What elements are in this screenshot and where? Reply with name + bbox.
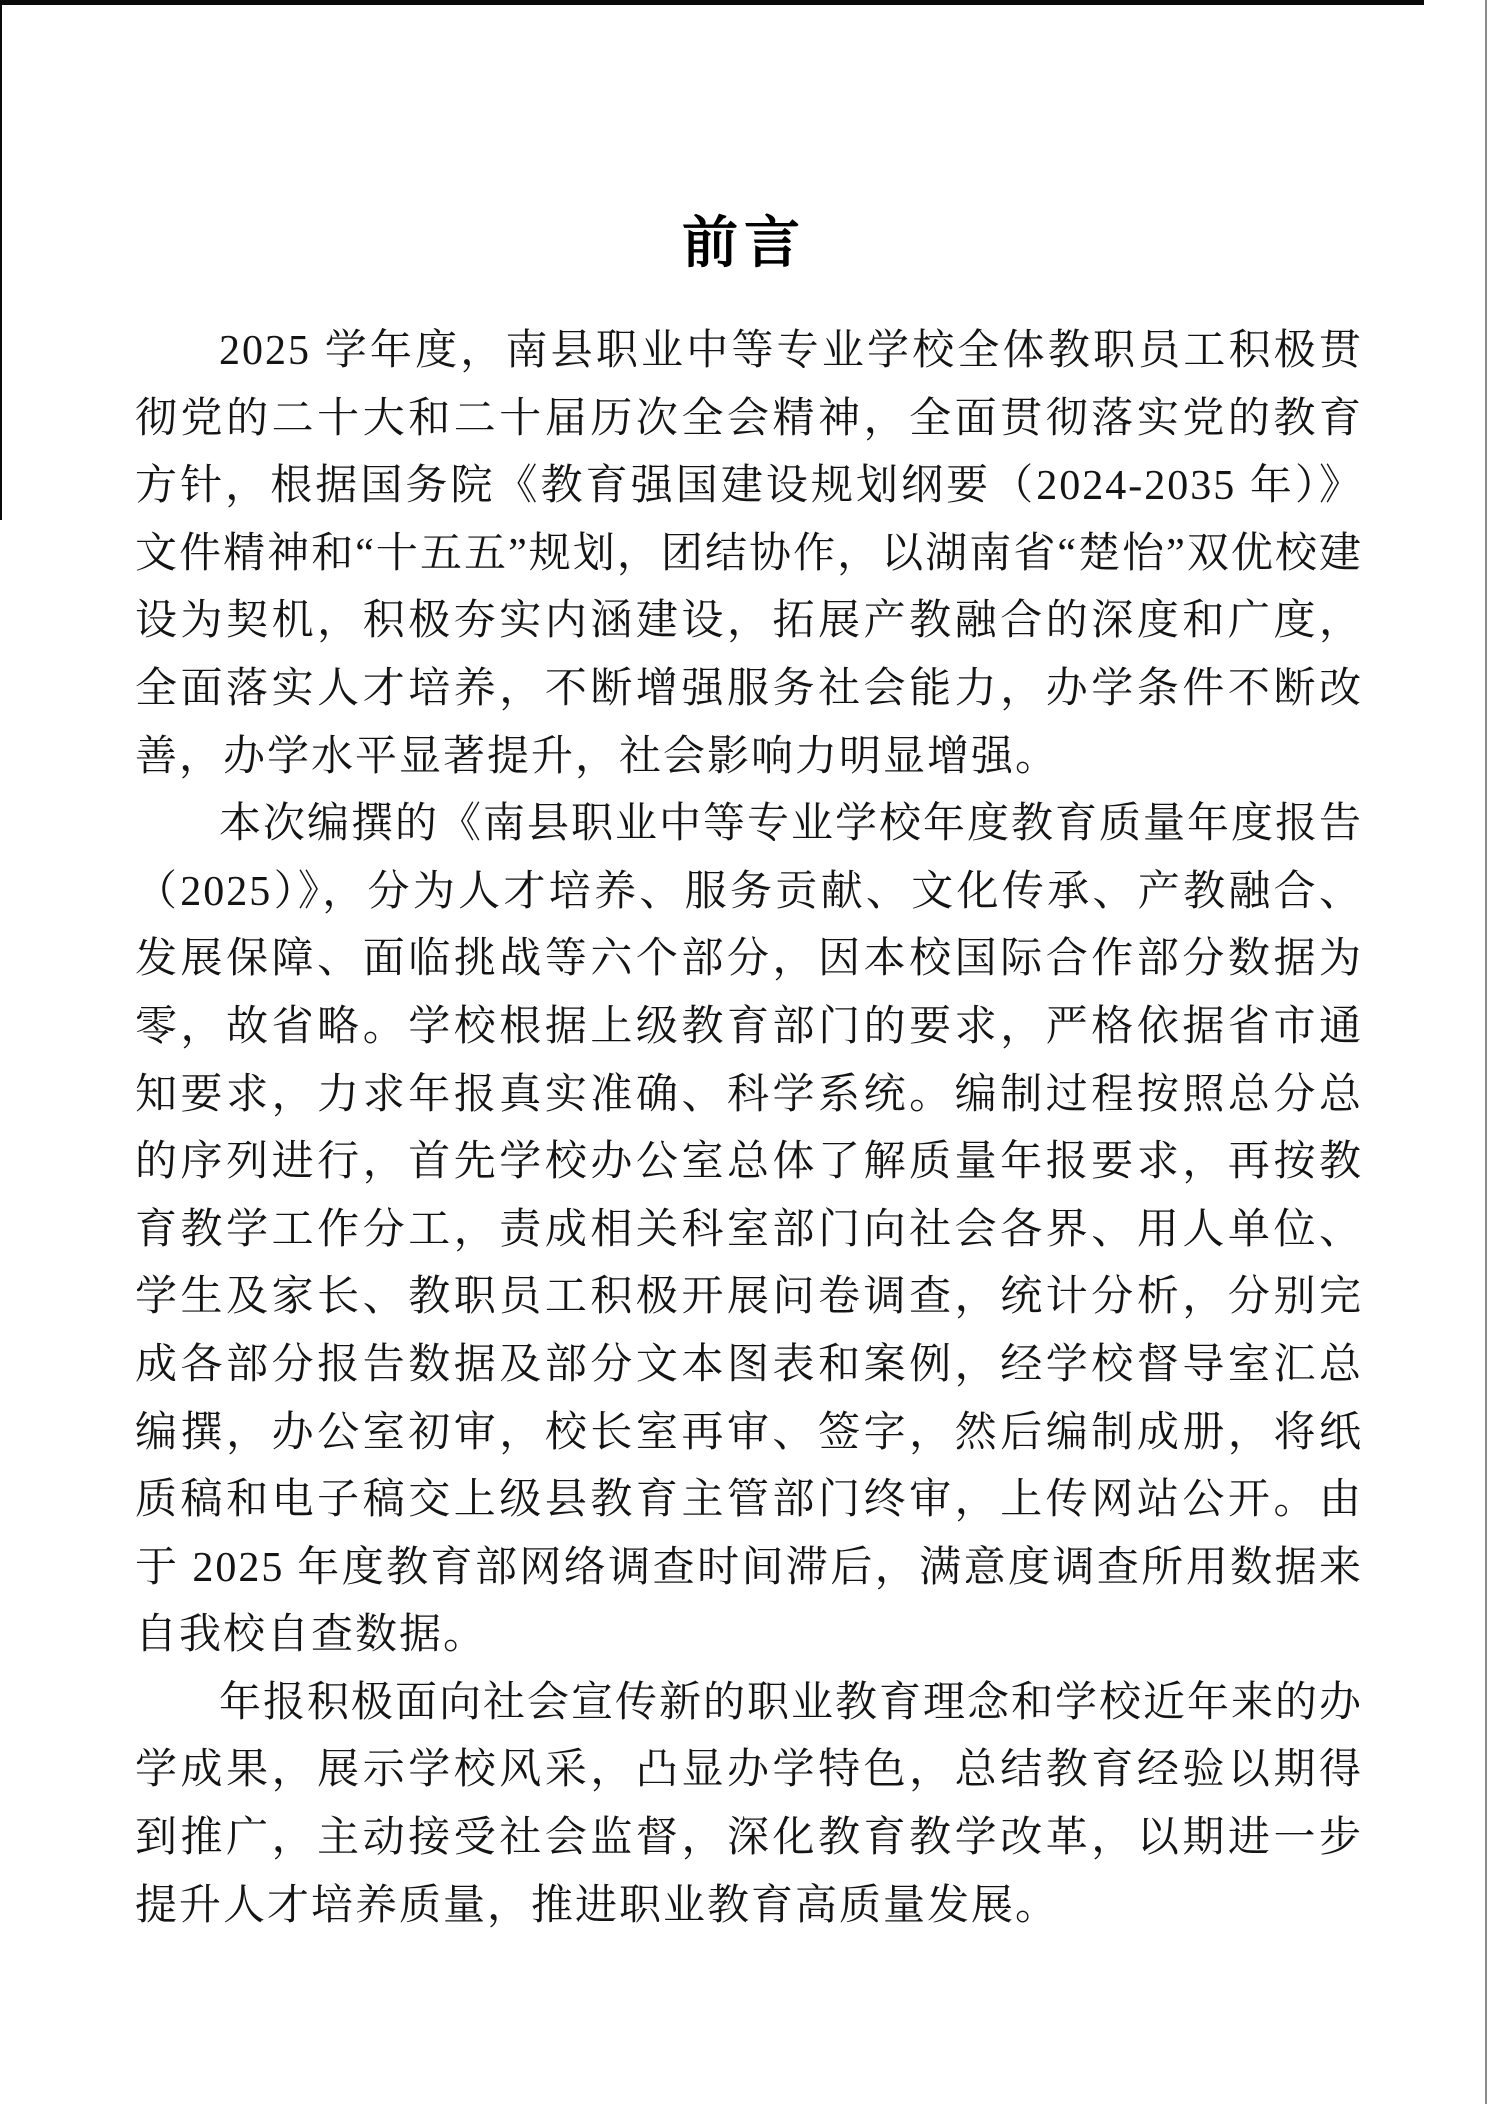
paragraph-3: 年报积极面向社会宣传新的职业教育理念和学校近年来的办学成果，展示学校风采，凸显办… <box>135 1670 1363 1940</box>
document-body: 2025 学年度，南县职业中等专业学校全体教职员工积极贯彻党的二十大和二十届历次… <box>135 318 1363 1940</box>
paragraph-2: 本次编撰的《南县职业中等专业学校年度教育质量年度报告（2025）》，分为人才培养… <box>135 791 1363 1670</box>
page-title: 前言 <box>0 214 1488 276</box>
scan-edge-right-artifact <box>1485 0 1487 2104</box>
scan-edge-top-artifact <box>0 0 1424 5</box>
paragraph-1: 2025 学年度，南县职业中等专业学校全体教职员工积极贯彻党的二十大和二十届历次… <box>135 318 1363 791</box>
document-page: 前言 2025 学年度，南县职业中等专业学校全体教职员工积极贯彻党的二十大和二十… <box>0 0 1488 2104</box>
